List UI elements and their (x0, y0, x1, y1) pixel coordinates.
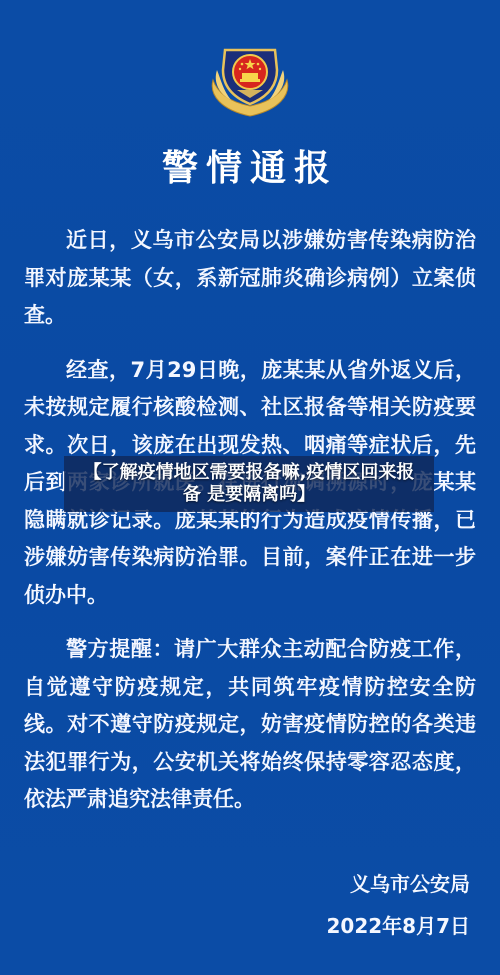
issue-date: 2022年8月7日 (327, 905, 471, 947)
notice-title: 警情通报 (0, 140, 500, 191)
paragraph-police-reminder: 警方提醒：请广大群众主动配合防疫工作，自觉遵守防疫规定，共同筑牢疫情防控安全防线… (24, 631, 476, 819)
police-emblem-icon (207, 40, 293, 118)
issuer-name: 义乌市公安局 (327, 863, 471, 905)
headline-overlay: 【了解疫情地区需要报备嘛,疫情区回来报备 是要隔离吗】 (64, 456, 434, 512)
signature-block: 义乌市公安局 2022年8月7日 (327, 863, 471, 947)
notice-body: 近日，义乌市公安局以涉嫌妨害传染病防治罪对庞某某（女，系新冠肺炎确诊病例）立案侦… (24, 222, 476, 819)
overlay-headline: 【了解疫情地区需要报备嘛,疫情区回来报备 是要隔离吗】 (64, 462, 434, 506)
paragraph-intro: 近日，义乌市公安局以涉嫌妨害传染病防治罪对庞某某（女，系新冠肺炎确诊病例）立案侦… (24, 222, 476, 335)
police-notice-page: 警情通报 近日，义乌市公安局以涉嫌妨害传染病防治罪对庞某某（女，系新冠肺炎确诊病… (0, 0, 500, 975)
